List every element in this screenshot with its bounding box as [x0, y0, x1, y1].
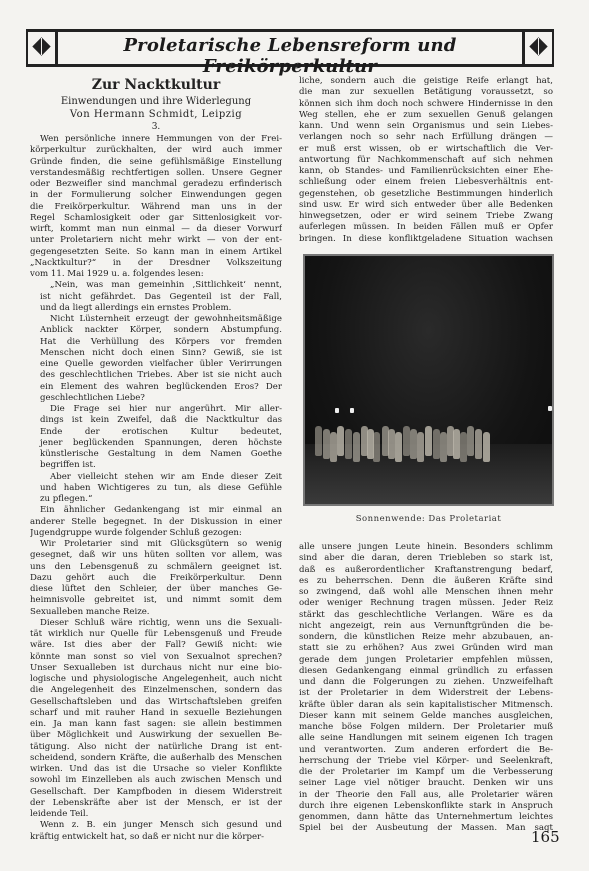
text-line: des geschlechtlichen Triebes. Aber ist s… [30, 370, 282, 381]
text-line: auferlegen müssen. In beiden Fällen muß … [299, 222, 553, 233]
text-line: anderer Stelle begegnet. In der Diskussi… [30, 517, 282, 528]
text-line: kräftig entwickelt hat, so daß er nicht … [30, 832, 282, 843]
text-line: Weg stellen, ehe er zum sexuellen Genuß … [299, 110, 553, 121]
text-line: kann. Und wenn sein Organismus und sein … [299, 121, 553, 132]
text-line: scheidend, sondern Kräfte, die außerhalb… [30, 753, 282, 764]
article-title: Zur Nacktkultur [30, 76, 282, 94]
text-line: kann, ob Standes- und Familienrücksichte… [299, 166, 553, 177]
photo-figure [403, 426, 410, 456]
running-header-title: Proletarische Lebensreform und Freikörpe… [62, 35, 518, 77]
text-line: schließung oder einem freien Liebesverhä… [299, 177, 553, 188]
text-line: oder weniger Rechnung tragen müssen. Jed… [299, 598, 553, 609]
text-line: liche, sondern auch die geistige Reife e… [299, 76, 553, 87]
text-line: die man zur sexuellen Betätigung vorauss… [299, 87, 553, 98]
text-line: so zwingend, daß wohl alle Menschen ihne… [299, 587, 553, 598]
text-line: tätigung. Also nicht der natürliche Dran… [30, 742, 282, 753]
photo-figure [330, 432, 337, 462]
text-line: Wir Proletarier sind mit Glücksgütern so… [30, 539, 282, 550]
text-line: herrschung der Triebe viel Körper- und S… [299, 756, 553, 767]
text-line: wäre. Ist dies aber der Fall? Gewiß nich… [30, 640, 282, 651]
photo-caption: Sonnenwende: Das Proletariat [303, 514, 554, 524]
text-line: durch ihre eigenen Lebenskonflikte stark… [299, 801, 553, 812]
text-line: Wenn z. B. ein junger Mensch sich gesund… [30, 820, 282, 831]
diamond-ornament-icon [529, 37, 547, 55]
text-line: ein. Ja man kann fast sagen: sie allein … [30, 719, 282, 730]
text-line: dings ist kein Zweifel, daß die Nacktkul… [30, 415, 282, 426]
text-line: hinwegsetzen, oder er wird seinem Triebe… [299, 211, 553, 222]
text-line: Nicht Lüsternheit erzeugt der gewohnheit… [30, 314, 282, 325]
text-line: können sich ihm doch noch schwere Hinder… [299, 99, 553, 110]
text-line: sondern, die künstlichen Reize mehr abzu… [299, 632, 553, 643]
text-line: statt sie zu erhöhen? Aus zwei Gründen w… [299, 643, 553, 654]
photo-figure [425, 426, 432, 456]
text-line: körperkultur zurückhalten, der wird auch… [30, 145, 282, 156]
photo-figure [460, 432, 467, 462]
article-subtitle: Einwendungen und ihre Widerlegung [30, 95, 282, 108]
photo-figure [345, 429, 352, 459]
text-line: manche böse Folgen mildern. Der Proletar… [299, 722, 553, 733]
text-line: daß es außerordentlicher Kraftanstrengun… [299, 565, 553, 576]
page-number: 165 [531, 828, 560, 846]
text-line: die Angelegenheit des Einzelmenschen, so… [30, 685, 282, 696]
text-line: „Nacktkultur?“ in der Dresdner Volkszeit… [30, 258, 282, 269]
photo-light [350, 408, 354, 413]
text-line: ist nicht gefährdet. Das Gegenteil ist d… [30, 292, 282, 303]
text-line: jener beglückenden Spannungen, deren höc… [30, 438, 282, 449]
text-line: uns den Lebensgenuß zu schmälern geeigne… [30, 562, 282, 573]
text-line: Die Frage sei hier nur angerührt. Mir al… [30, 404, 282, 415]
text-line: Hat die Verhüllung des Körpers vor fremd… [30, 337, 282, 348]
text-line: in der Formulierung solcher Einwendungen… [30, 190, 282, 201]
text-line: Ein ähnlicher Gedankengang ist mir einma… [30, 505, 282, 516]
text-line: wirken. Und das ist die Ursache so viele… [30, 764, 282, 775]
text-line: leidende Teil. [30, 809, 282, 820]
text-line: Dieser Schluß wäre richtig, wenn uns die… [30, 618, 282, 629]
photo-figure [373, 432, 380, 462]
text-line: sind aber die daran, deren Triebleben so… [299, 553, 553, 564]
text-line: zu pflegen.“ [30, 494, 282, 505]
text-line: Dazu gehört auch die Freikörperkultur. D… [30, 573, 282, 584]
text-line: gegengesetzten Seite. So kann man in ein… [30, 247, 282, 258]
text-line: alle unsere jungen Leute hinein. Besonde… [299, 542, 553, 553]
text-line: es zu beherrschen. Denn die äußeren Kräf… [299, 576, 553, 587]
header-right-ornament-box [522, 32, 554, 64]
photo-figure [410, 429, 417, 459]
right-column-top-text: liche, sondern auch die geistige Reife e… [299, 76, 553, 245]
diamond-ornament-icon [32, 37, 50, 55]
text-line: sowohl im Einzelleben als auch zwischen … [30, 775, 282, 786]
text-line: wirft, kommt man nun einmal — da dieser … [30, 224, 282, 235]
text-line: Regel Schamlosigkeit oder gar Sittenlosi… [30, 213, 282, 224]
text-line: über Möglichkeit und Auswirkung der sexu… [30, 730, 282, 741]
text-line: diesen Gedankengang einmal gründlich zu … [299, 666, 553, 677]
text-line: unter Proletariern nicht mehr wirkt — vo… [30, 235, 282, 246]
text-line: gerade dem jungen Proletarier empfehlen … [299, 655, 553, 666]
right-column-bottom: alle unsere jungen Leute hinein. Besonde… [299, 542, 553, 835]
text-line: Sexualleben manche Reize. [30, 607, 282, 618]
text-line: stärkt das geschlechtliche Verlangen. Wä… [299, 610, 553, 621]
header-left-ornament-box [26, 32, 58, 64]
text-line: logische und physiologische Angelegenhei… [30, 674, 282, 685]
text-line: und da liegt allerdings ein ernstes Prob… [30, 303, 282, 314]
text-line: Wen persönliche innere Hemmungen von der… [30, 134, 282, 145]
photo-figure [475, 429, 482, 459]
text-line: diese lüftet den Schleier, der über manc… [30, 584, 282, 595]
article-part-number: 3. [30, 121, 282, 133]
text-line: und haben Wichtigeres zu tun, als diese … [30, 483, 282, 494]
text-line: in der Theorie den Fall aus, alle Prolet… [299, 790, 553, 801]
text-line: gegenstehen, ob gesetzliche Bestimmungen… [299, 189, 553, 200]
text-line: alle seine Handlungen mit seinem eigenen… [299, 733, 553, 744]
text-line: antwortung für Nachkommenschaft auf sich… [299, 155, 553, 166]
text-line: seiner Lage viel nötiger braucht. Denken… [299, 778, 553, 789]
text-line: genommen, dann hätte das Unternehmertum … [299, 812, 553, 823]
photo-figure [353, 432, 360, 462]
text-line: Menschen nicht doch einen Sinn? Gewiß, s… [30, 348, 282, 359]
photo-figure [395, 432, 402, 462]
left-column: Zur Nacktkultur Einwendungen und ihre Wi… [30, 76, 282, 843]
text-line: geschlechtlichen Liebe? [30, 393, 282, 404]
text-line: scharf und mit rauher Hand in sexuelle B… [30, 708, 282, 719]
photo-figure [337, 426, 344, 456]
text-line: die Freikörperkultur. Während man uns in… [30, 202, 282, 213]
text-line: könnte man sonst so viel von Sexualnot s… [30, 652, 282, 663]
text-line: ist der Proletarier in dem Widerstreit d… [299, 688, 553, 699]
photo-light [548, 406, 552, 411]
photo-figure [388, 429, 395, 459]
text-line: die der Proletarier im Kampf um die Verb… [299, 767, 553, 778]
right-column-bottom-text: alle unsere jungen Leute hinein. Besonde… [299, 542, 553, 835]
text-line: und verantworten. Zum anderen erfordert … [299, 745, 553, 756]
article-photo [303, 254, 554, 506]
text-line: vom 11. Mai 1929 u. a. folgendes lesen: [30, 269, 282, 280]
article-author: Von Hermann Schmidt, Leipzig [30, 108, 282, 121]
text-line: Spiel bei der Ausbeutung der Massen. Man… [299, 823, 553, 834]
text-line: begriffen ist. [30, 460, 282, 471]
text-line: eine Quelle geworden vielfacher übler Ve… [30, 359, 282, 370]
text-line: tät wirklich nur Quelle für Lebensgenuß … [30, 629, 282, 640]
photo-figure [483, 432, 490, 462]
left-column-text: Wen persönliche innere Hemmungen von der… [30, 134, 282, 843]
text-line: Gründe finden, die seine gefühlsmäßige E… [30, 157, 282, 168]
photo-light [335, 408, 339, 413]
text-line: verlangen noch so sehr nach Erfüllung dr… [299, 132, 553, 143]
text-line: nicht angezeigt, rein aus Vernunftgründe… [299, 621, 553, 632]
text-line: ein Element des wahren beglückenden Eros… [30, 382, 282, 393]
text-line: gesegnet, daß wir uns hüten sollten vor … [30, 550, 282, 561]
photo-figure [440, 432, 447, 462]
text-line: heimnisvolle gebreitet ist, und nimmt so… [30, 595, 282, 606]
photo-figure [453, 429, 460, 459]
photo-figure [467, 426, 474, 456]
text-line: Ende der erotischen Kultur bedeutet, [30, 427, 282, 438]
photo-figure [417, 432, 424, 462]
photo-figure [433, 429, 440, 459]
photo-figure [315, 426, 322, 456]
text-line: künstlerische Gestaltung in dem Namen Go… [30, 449, 282, 460]
text-line: Gesellschaft. Der Kampfboden in diesem W… [30, 787, 282, 798]
text-line: Gesellschaftsleben und das Wirtschaftsle… [30, 697, 282, 708]
text-line: Anblick nackter Körper, sondern Abstumpf… [30, 325, 282, 336]
text-line: Aber vielleicht stehen wir am Ende diese… [30, 472, 282, 483]
running-header: Proletarische Lebensreform und Freikörpe… [26, 29, 554, 67]
right-column-top: liche, sondern auch die geistige Reife e… [299, 76, 553, 245]
text-line: er muß erst wissen, ob er wirtschaftlich… [299, 144, 553, 155]
text-line: und dann die Folgerungen zu ziehen. Unzw… [299, 677, 553, 688]
text-line: der Lebenskräfte aber ist der Mensch, er… [30, 798, 282, 809]
text-line: sind usw. Er wird sich entweder über all… [299, 200, 553, 211]
text-line: kräfte übler daran als sein kapitalistis… [299, 700, 553, 711]
text-line: Jugendgruppe wurde folgender Schluß gezo… [30, 528, 282, 539]
text-line: verstandesmäßig rechtfertigen sollen. Un… [30, 168, 282, 179]
text-line: oder Bezweifler sind manchmal geradezu e… [30, 179, 282, 190]
photo-figure [323, 429, 330, 459]
text-line: bringen. In diese konfliktgeladene Situa… [299, 234, 553, 245]
text-line: „Nein, was man gemeinhin ‚Sittlichkeit‘ … [30, 280, 282, 291]
text-line: Unser Sexualleben ist durchaus nicht nur… [30, 663, 282, 674]
text-line: Dieser kann mit seinem Gelde manches aus… [299, 711, 553, 722]
